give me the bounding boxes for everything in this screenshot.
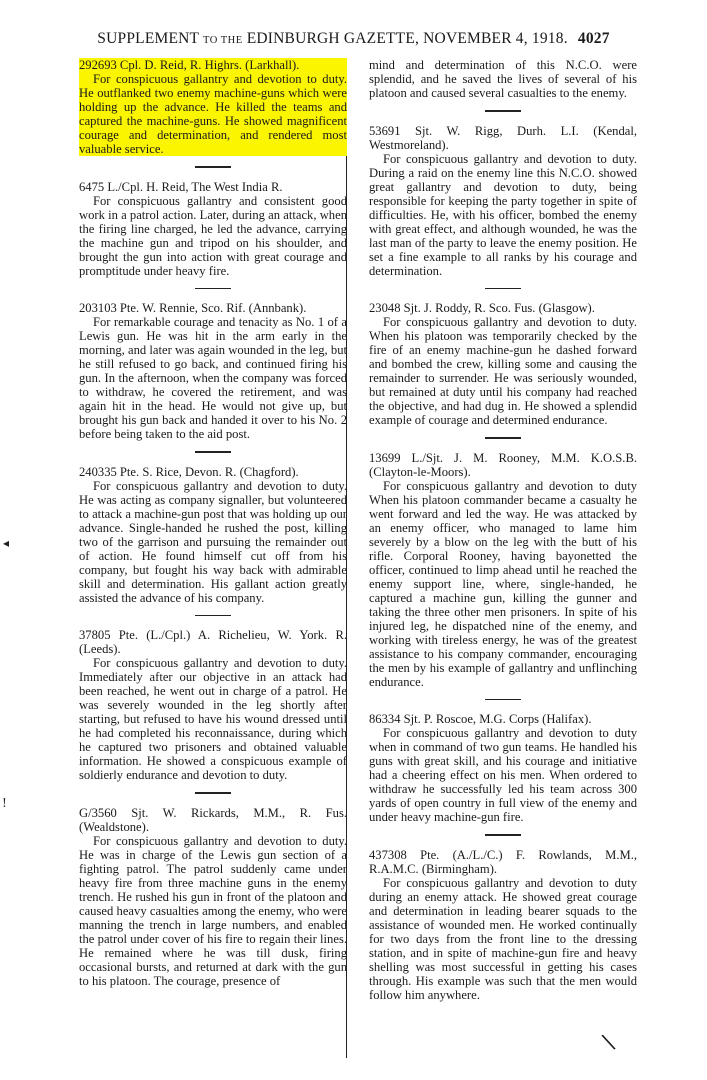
page-header: SUPPLEMENT TO THE EDINBURGH GAZETTE, NOV… (0, 30, 707, 48)
citation-head: 6475 L./Cpl. H. Reid, The West India R. (79, 180, 347, 194)
right-column: mind and determination of this N.C.O. we… (369, 58, 637, 1002)
citation-head: 292693 Cpl. D. Reid, R. Highrs. (Larkhal… (79, 58, 347, 72)
citation-body: For conspicuous gallantry and devotion t… (369, 726, 637, 824)
scan-speck-icon: ◂ (3, 536, 9, 550)
citation-head: 53691 Sjt. W. Rigg, Durh. L.I. (Kendal, … (369, 124, 637, 152)
left-column: 292693 Cpl. D. Reid, R. Highrs. (Larkhal… (79, 58, 347, 988)
section-rule (485, 288, 521, 290)
section-rule (195, 166, 231, 168)
header-to-the: TO THE (203, 35, 243, 46)
citation-entry: G/3560 Sjt. W. Rickards, M.M., R. Fus. (… (79, 806, 347, 988)
citation-entry-highlighted: 292693 Cpl. D. Reid, R. Highrs. (Larkhal… (79, 58, 347, 156)
citation-body: For conspicuous gallantry and devotion t… (79, 72, 347, 156)
citation-entry: 13699 L./Sjt. J. M. Rooney, M.M. K.O.S.B… (369, 451, 637, 689)
citation-entry: 53691 Sjt. W. Rigg, Durh. L.I. (Kendal, … (369, 124, 637, 278)
section-rule (485, 834, 521, 836)
section-rule (485, 110, 521, 112)
citation-body: For conspicuous gallantry and devotion t… (79, 656, 347, 782)
citation-head: G/3560 Sjt. W. Rickards, M.M., R. Fus. (… (79, 806, 347, 834)
citation-body: For conspicuous gallantry and devotion t… (79, 834, 347, 988)
citation-entry: 6475 L./Cpl. H. Reid, The West India R. … (79, 180, 347, 278)
pen-stroke-icon: \ (600, 1030, 617, 1056)
citation-head: 203103 Pte. W. Rennie, Sco. Rif. (Annban… (79, 301, 347, 315)
section-rule (195, 451, 231, 453)
scan-speck-icon: ! (2, 796, 7, 810)
citation-head: 86334 Sjt. P. Roscoe, M.G. Corps (Halifa… (369, 712, 637, 726)
citation-entry: 240335 Pte. S. Rice, Devon. R. (Chagford… (79, 465, 347, 605)
section-rule (195, 615, 231, 617)
citation-body: For conspicuous gallantry and devotion t… (79, 479, 347, 605)
citation-entry: 37805 Pte. (L./Cpl.) A. Richelieu, W. Yo… (79, 628, 347, 782)
citation-head: 13699 L./Sjt. J. M. Rooney, M.M. K.O.S.B… (369, 451, 637, 479)
citation-body: For conspicuous gallantry and devotion t… (369, 876, 637, 1002)
citation-head: 240335 Pte. S. Rice, Devon. R. (Chagford… (79, 465, 347, 479)
section-rule (485, 437, 521, 439)
citation-body: For conspicuous gallantry and devotion t… (369, 315, 637, 427)
citation-body: For conspicuous gallantry and consistent… (79, 194, 347, 278)
citation-continuation: mind and determination of this N.C.O. we… (369, 58, 637, 100)
citation-body: For conspicuous gallantry and devotion t… (369, 479, 637, 689)
citation-body: For conspicuous gallantry and devotion t… (369, 152, 637, 278)
citation-entry: 23048 Sjt. J. Roddy, R. Sco. Fus. (Glasg… (369, 301, 637, 427)
citation-head: 37805 Pte. (L./Cpl.) A. Richelieu, W. Yo… (79, 628, 347, 656)
citation-entry: 203103 Pte. W. Rennie, Sco. Rif. (Annban… (79, 301, 347, 441)
header-title: EDINBURGH GAZETTE, NOVEMBER 4, 1918. (247, 30, 568, 47)
citation-body: For remarkable courage and tenacity as N… (79, 315, 347, 441)
citation-entry: 437308 Pte. (A./L./C.) F. Rowlands, M.M.… (369, 848, 637, 1002)
citation-head: 437308 Pte. (A./L./C.) F. Rowlands, M.M.… (369, 848, 637, 876)
section-rule (195, 288, 231, 290)
page-number: 4027 (578, 30, 610, 47)
citation-entry: 86334 Sjt. P. Roscoe, M.G. Corps (Halifa… (369, 712, 637, 824)
section-rule (485, 699, 521, 701)
header-supplement: SUPPLEMENT (97, 30, 199, 47)
section-rule (195, 792, 231, 794)
citation-head: 23048 Sjt. J. Roddy, R. Sco. Fus. (Glasg… (369, 301, 637, 315)
